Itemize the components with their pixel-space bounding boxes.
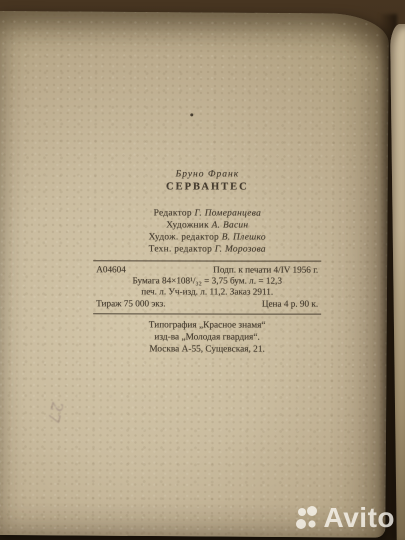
listing-photo: Бруно Франк СЕРВАНТЕС Редактор Г. Помера… [0,0,405,540]
imprint-signed-date: Подп. к печати 4/IV 1956 г. [213,264,318,276]
paper-speck [190,113,193,116]
printer-block: Типография „Красное знамя“ изд-ва „Молод… [93,321,321,357]
printer-line: Типография „Красное знамя“ [93,321,321,333]
credit-line: Худож. редактор В. Плешко [93,232,321,244]
book-title: СЕРВАНТЕС [93,180,321,193]
credits-block: Редактор Г. Померанцева Художник А. Васи… [93,208,321,256]
imprint-price: Цена 4 р. 90 к. [262,298,318,310]
imprint-row: Тираж 75 000 экз. Цена 4 р. 90 к. [94,298,320,310]
avito-watermark: Avito [294,504,395,532]
book-author: Бруно Франк [93,168,321,180]
imprint-row: А04604 Подп. к печати 4/IV 1956 г. [94,264,320,276]
book-page: Бруно Франк СЕРВАНТЕС Редактор Г. Помера… [0,11,389,538]
credit-line: Техн. редактор Г. Морозова [93,244,321,256]
credit-name: А. Васин [212,220,249,230]
avito-logo-icon [294,504,321,532]
credit-line: Редактор Г. Померанцева [93,208,321,220]
imprint-paper: Бумага 84×108¹/₃₂ = 3,75 бум. л. = 12,3 [94,275,320,287]
credit-name: В. Плешко [222,232,266,242]
imprint-table: А04604 Подп. к печати 4/IV 1956 г. Бумаг… [93,260,321,315]
credit-name: Г. Морозова [215,244,266,254]
printer-line: изд-ва „Молодая гвардия“. [93,332,321,344]
credit-label: Художник [166,220,209,230]
credit-label: Редактор [154,208,192,218]
pencil-note: 27 [43,400,67,426]
avito-logo-text: Avito [324,504,395,532]
printer-line: Москва А-55, Сущевская, 21. [93,344,321,356]
credit-name: Г. Померанцева [194,208,261,218]
credit-label: Техн. редактор [149,244,212,254]
imprint-sheets: печ. л. Уч-изд. л. 11,2. Заказ 2911. [94,287,320,299]
credit-line: Художник А. Васин [93,220,321,232]
imprint-circulation: Тираж 75 000 экз. [96,298,165,310]
colophon-block: Бруно Франк СЕРВАНТЕС Редактор Г. Помера… [93,168,321,356]
credit-label: Худож. редактор [149,232,219,242]
imprint-code: А04604 [96,264,126,275]
